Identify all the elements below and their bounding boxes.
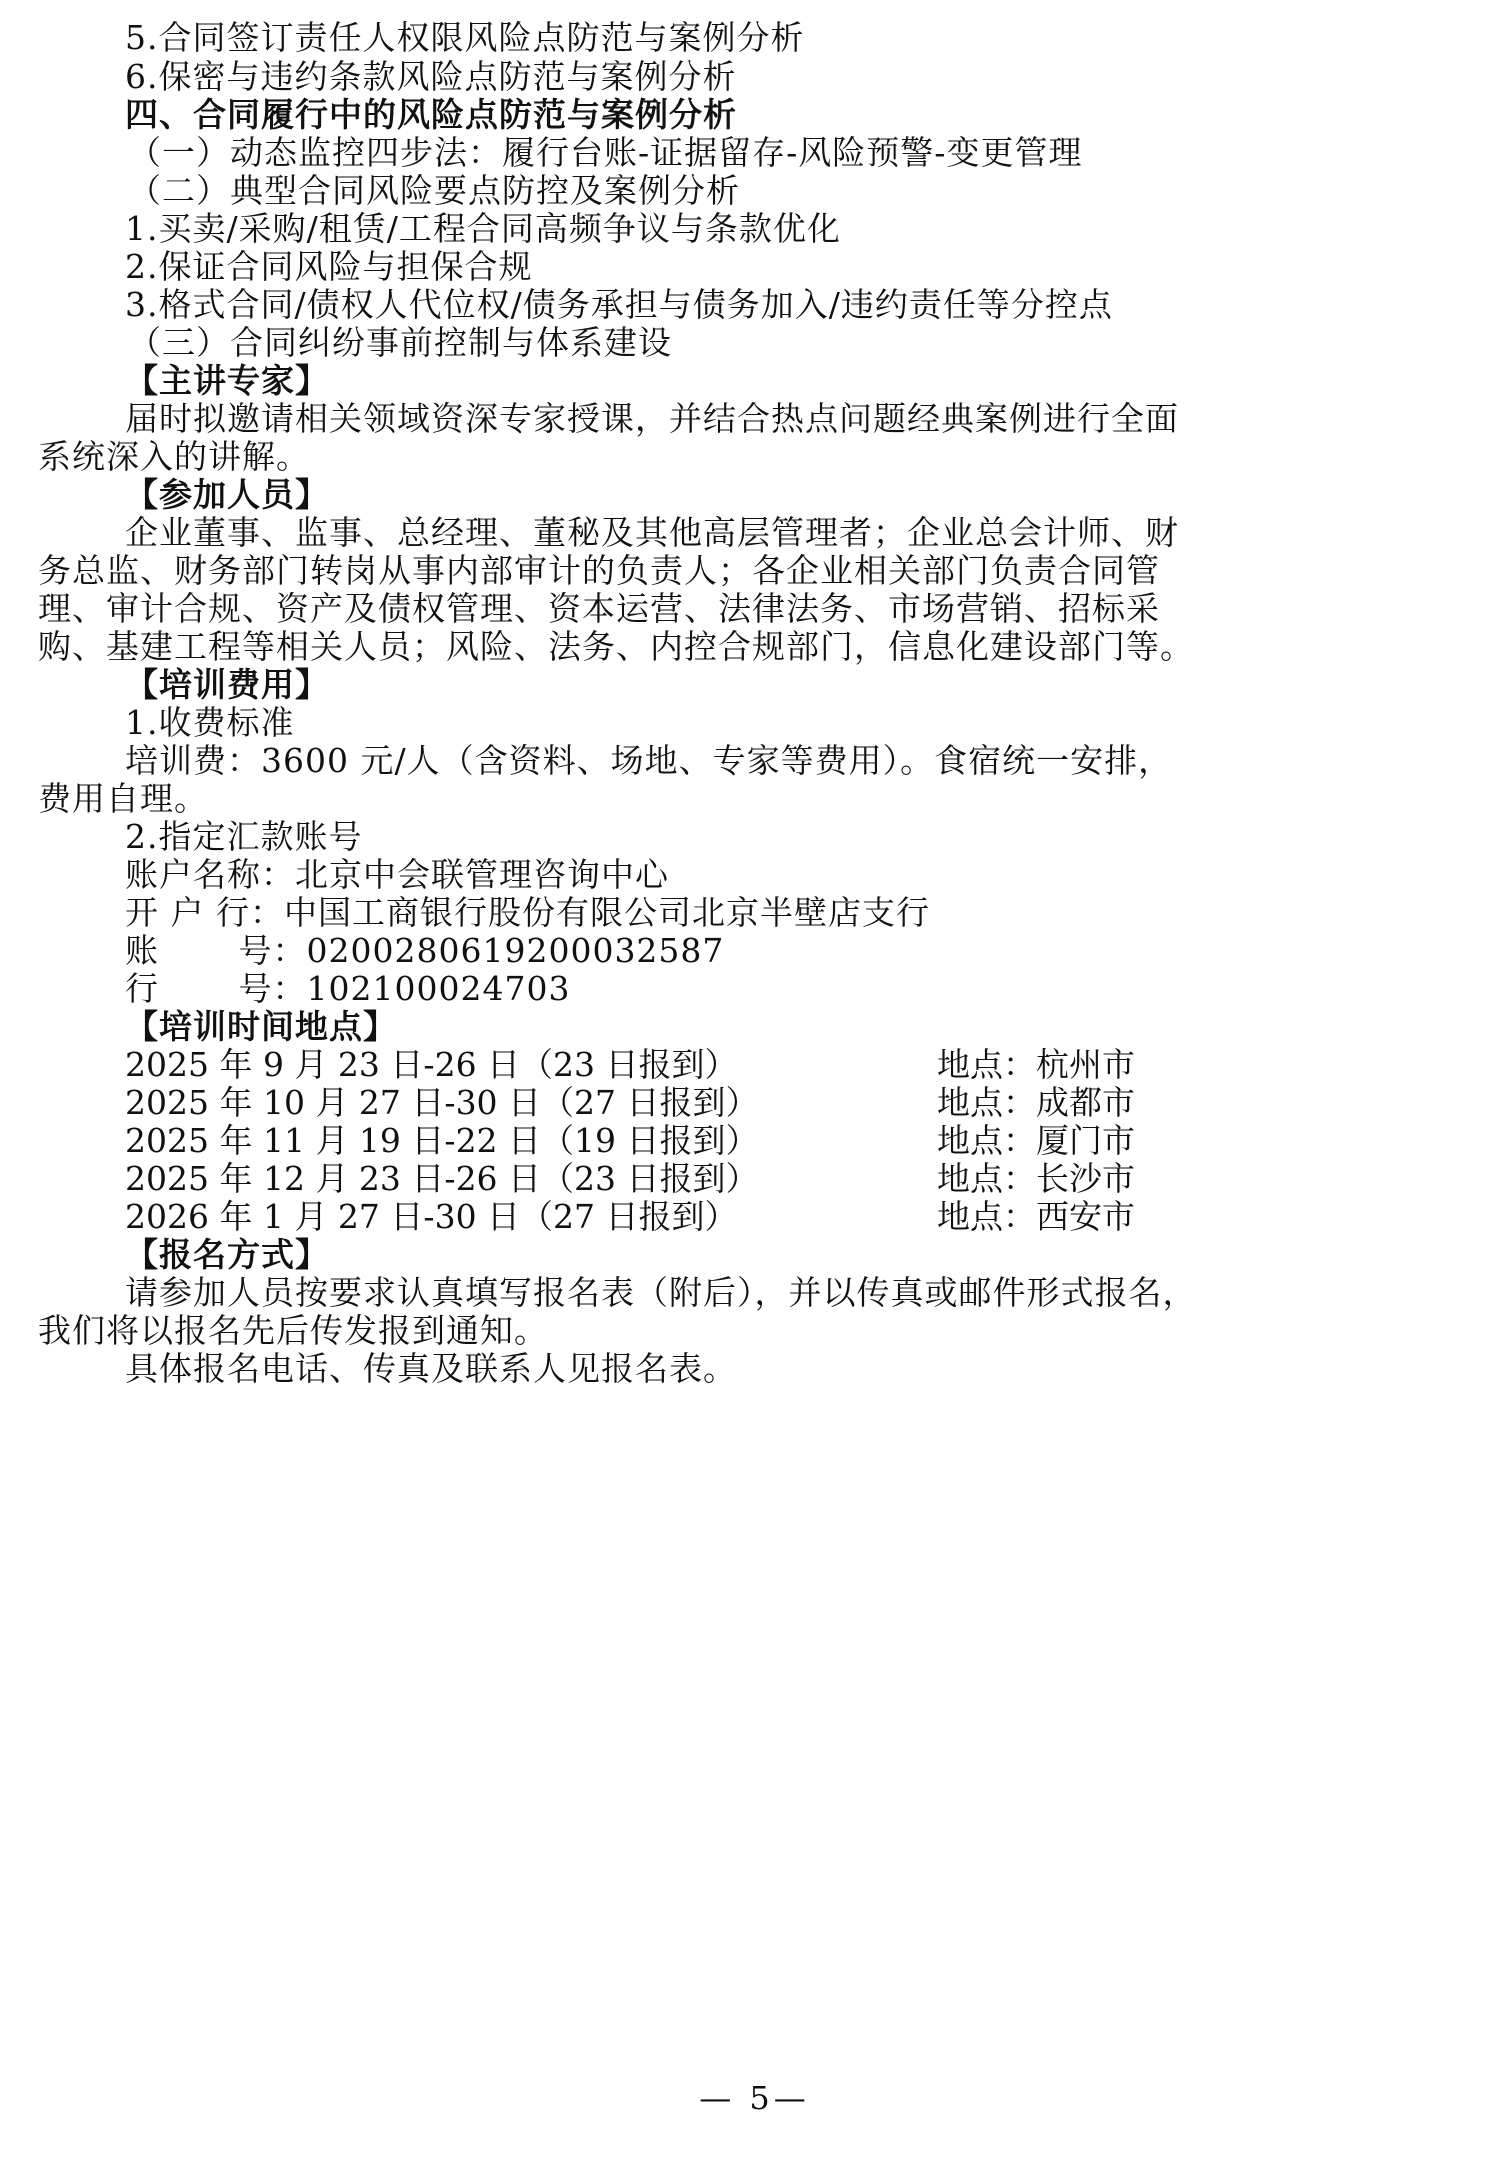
participants-heading: 【参加人员】 — [125, 475, 329, 515]
bank-number-row: 行 号：102100024703 — [125, 969, 570, 1009]
bank-value: 中国工商银行股份有限公司北京半壁店支行 — [284, 893, 930, 932]
section-4-subitem-2: 2.保证合同风险与担保合规 — [125, 247, 533, 287]
participants-line-3: 理、审计合规、资产及债权管理、资本运营、法律法务、市场营销、招标采 — [38, 589, 1160, 629]
schedule-date-2: 2025 年 10 月 27 日-30 日（27 日报到） — [125, 1083, 759, 1123]
schedule-heading: 【培训时间地点】 — [125, 1007, 397, 1047]
experts-paragraph-line-2: 系统深入的讲解。 — [38, 437, 310, 477]
participants-line-4: 购、基建工程等相关人员；风险、法务、内控合规部门，信息化建设部门等。 — [38, 627, 1194, 667]
account-name-value: 北京中会联管理咨询中心 — [295, 855, 669, 894]
account-number-label: 账 号： — [125, 931, 307, 970]
outline-item-5: 5.合同签订责任人权限风险点防范与案例分析 — [125, 18, 805, 58]
section-4-item-3: （三）合同纠纷事前控制与体系建设 — [128, 323, 672, 363]
bank-row: 开 户 行：中国工商银行股份有限公司北京半壁店支行 — [125, 893, 930, 933]
registration-line-2: 我们将以报名先后传发报到通知。 — [38, 1311, 548, 1351]
schedule-location-3: 地点：厦门市 — [937, 1121, 1135, 1161]
schedule-date-3: 2025 年 11 月 19 日-22 日（19 日报到） — [125, 1121, 759, 1161]
registration-line-3: 具体报名电话、传真及联系人见报名表。 — [125, 1349, 737, 1389]
schedule-location-5: 地点：西安市 — [937, 1197, 1135, 1237]
section-4-subitem-3: 3.格式合同/债权人代位权/债务承担与债务加入/违约责任等分控点 — [125, 285, 1113, 325]
section-4-item-2: （二）典型合同风险要点防控及案例分析 — [128, 171, 740, 211]
bank-label: 开 户 行： — [125, 893, 284, 932]
account-name-label: 账户名称： — [125, 855, 295, 894]
experts-paragraph-line-1: 届时拟邀请相关领域资深专家授课，并结合热点问题经典案例进行全面 — [125, 399, 1179, 439]
section-4-subitem-1: 1.买卖/采购/租赁/工程合同高频争议与条款优化 — [125, 209, 841, 249]
page-number: — 5— — [0, 2078, 1509, 2118]
account-name-row: 账户名称：北京中会联管理咨询中心 — [125, 855, 669, 895]
section-4-title: 四、合同履行中的风险点防范与案例分析 — [125, 95, 737, 135]
account-number-row: 账 号：0200280619200032587 — [125, 931, 724, 971]
outline-item-6: 6.保密与违约条款风险点防范与案例分析 — [125, 57, 737, 97]
document-page: 5.合同签订责任人权限风险点防范与案例分析 6.保密与违约条款风险点防范与案例分… — [0, 0, 1509, 2167]
fees-line-2: 费用自理。 — [38, 779, 208, 819]
schedule-date-4: 2025 年 12 月 23 日-26 日（23 日报到） — [125, 1159, 759, 1199]
experts-heading: 【主讲专家】 — [125, 361, 329, 401]
fees-line-1: 培训费：3600 元/人（含资料、场地、专家等费用）。食宿统一安排， — [125, 741, 1172, 781]
fees-heading: 【培训费用】 — [125, 665, 329, 705]
schedule-date-5: 2026 年 1 月 27 日-30 日（27 日报到） — [125, 1197, 738, 1237]
participants-line-1: 企业董事、监事、总经理、董秘及其他高层管理者；企业总会计师、财 — [125, 513, 1179, 553]
account-number-value: 0200280619200032587 — [307, 931, 725, 970]
schedule-location-1: 地点：杭州市 — [937, 1045, 1135, 1085]
schedule-date-1: 2025 年 9 月 23 日-26 日（23 日报到） — [125, 1045, 738, 1085]
schedule-location-2: 地点：成都市 — [937, 1083, 1135, 1123]
fees-subheading-standard: 1.收费标准 — [125, 703, 295, 743]
registration-heading: 【报名方式】 — [125, 1235, 329, 1275]
registration-line-1: 请参加人员按要求认真填写报名表（附后），并以传真或邮件形式报名， — [125, 1273, 1197, 1313]
schedule-location-4: 地点：长沙市 — [937, 1159, 1135, 1199]
fees-subheading-account: 2.指定汇款账号 — [125, 817, 363, 857]
section-4-item-1: （一）动态监控四步法：履行台账-证据留存-风险预警-变更管理 — [128, 133, 1082, 173]
participants-line-2: 务总监、财务部门转岗从事内部审计的负责人；各企业相关部门负责合同管 — [38, 551, 1160, 591]
bank-number-label: 行 号： — [125, 969, 307, 1008]
bank-number-value: 102100024703 — [307, 969, 571, 1008]
